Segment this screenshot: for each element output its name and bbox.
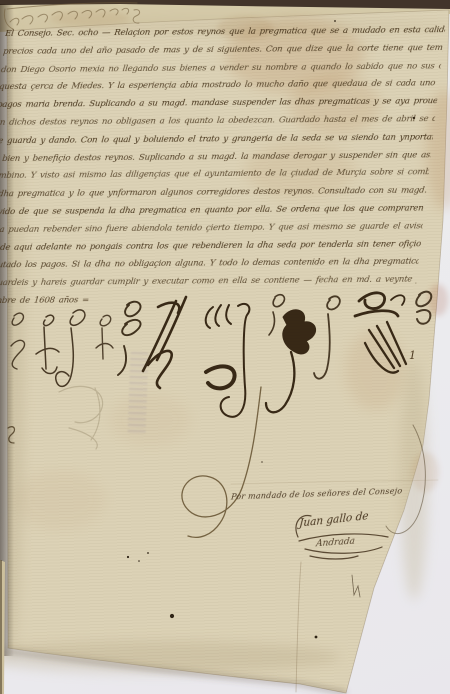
rubric-10-hatch <box>365 322 406 373</box>
rubric-row <box>11 292 431 417</box>
margin-mark <box>8 427 15 443</box>
manuscript-body: El Consejo. Sec. ocho — Relaçion por est… <box>0 22 446 311</box>
ghost-flourish <box>59 386 103 449</box>
rubric-7-bold <box>206 366 235 388</box>
rubric-9 <box>314 296 340 378</box>
rubric-5 <box>118 302 141 375</box>
signature-curl <box>386 425 425 534</box>
manuscript-scan: El Consejo. Sec. ocho — Relaçion por est… <box>0 0 450 694</box>
rubric-11 <box>416 292 431 324</box>
rubric-8-blob <box>283 310 316 354</box>
creases <box>231 480 438 692</box>
rubric-3 <box>56 310 85 387</box>
folio-number: 1 <box>409 349 416 362</box>
rubric-7 <box>206 304 250 417</box>
rubric-4 <box>96 315 113 359</box>
rubric-1 <box>11 313 25 369</box>
rubric-8-tail <box>266 352 294 412</box>
rubric-6 <box>143 297 186 388</box>
rubric-2 <box>36 315 59 373</box>
